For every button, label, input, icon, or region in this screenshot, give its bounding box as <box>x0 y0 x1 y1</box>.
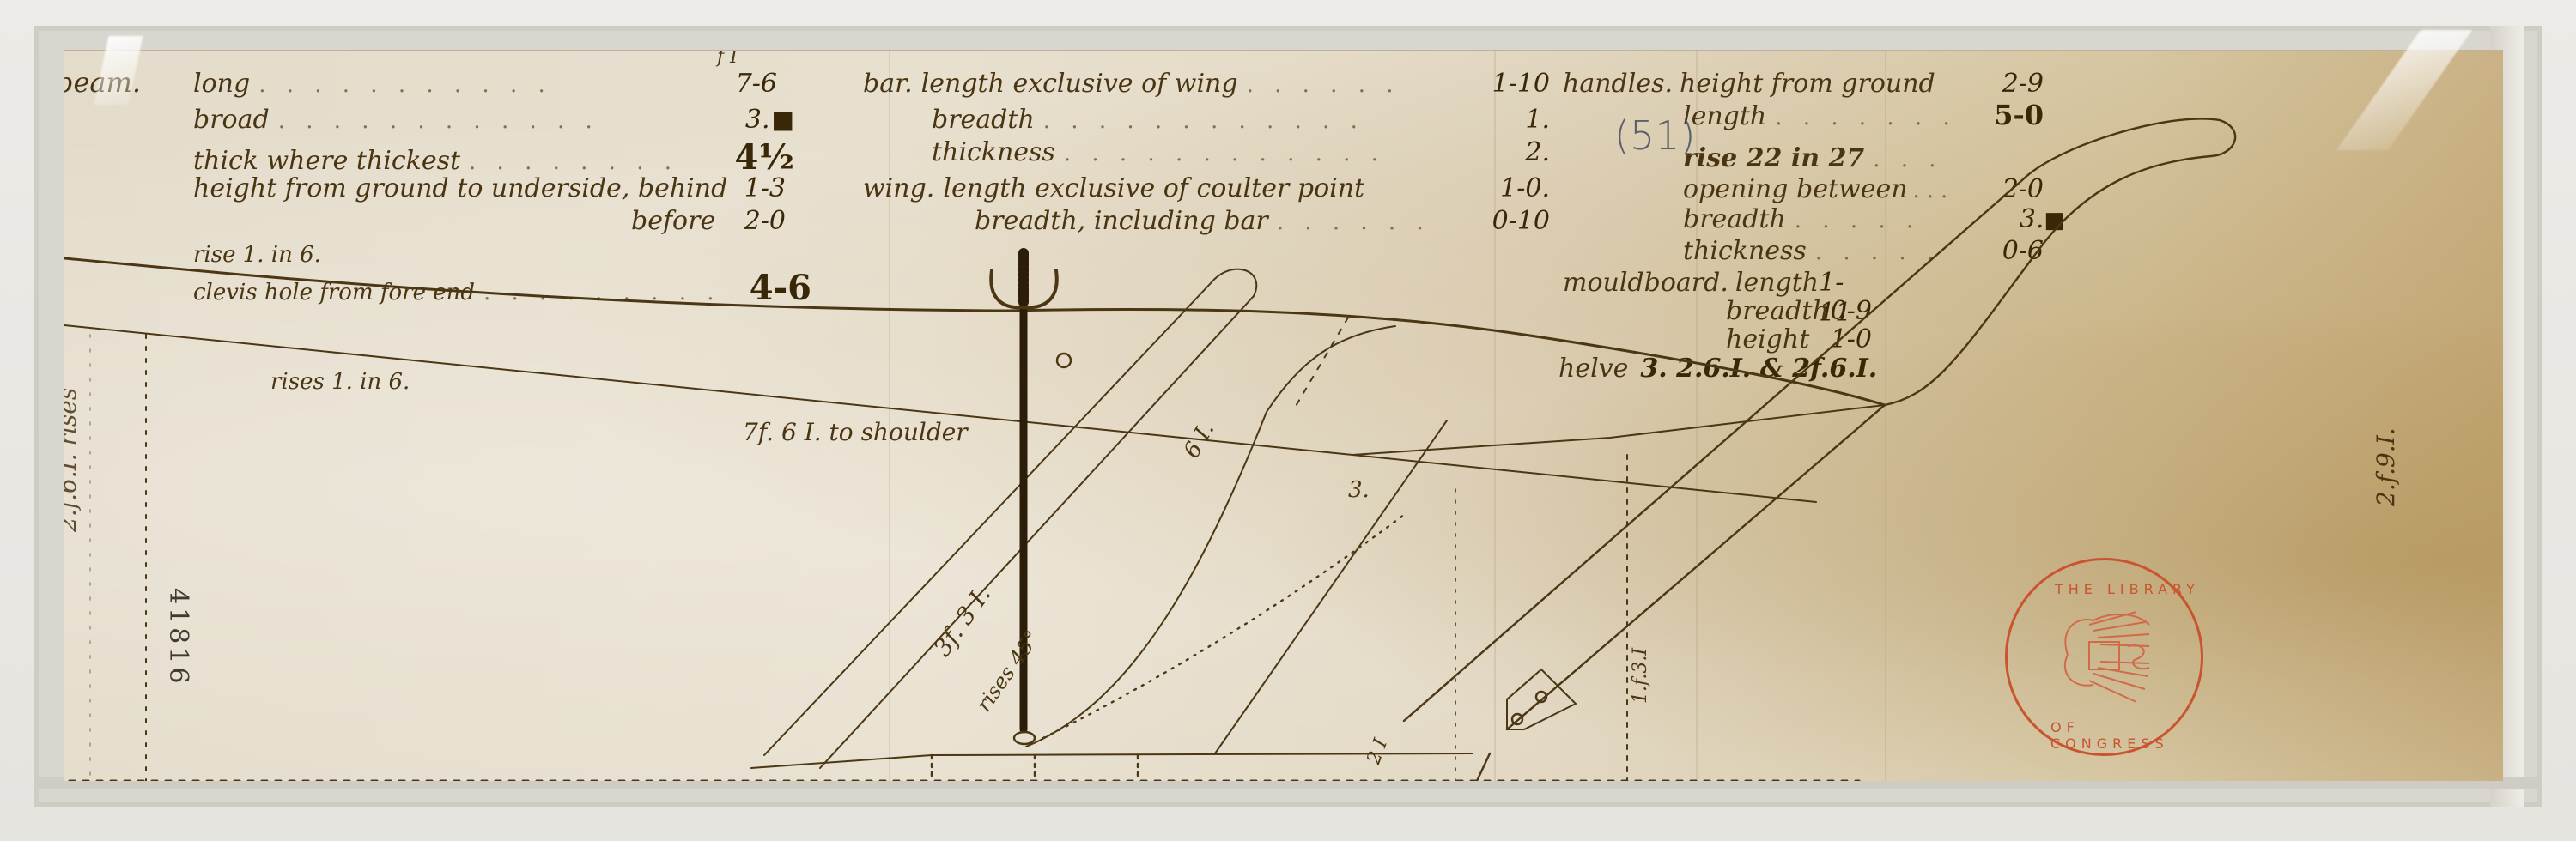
label-left-vertical: 2.f.6.I. rises <box>64 388 80 532</box>
stamp-text-bottom: OF CONGRESS <box>2050 719 2201 752</box>
catalog-number: 41816 <box>163 588 193 687</box>
label-small-mark: 3. <box>1348 479 1370 501</box>
label-vertical-mark: 1.f.3.I <box>1631 648 1650 704</box>
library-of-congress-stamp: THE LIBRARY OF CONGRESS <box>2005 558 2203 756</box>
manuscript-paper: f I beam. long . . . . . . . . . . . 7-6… <box>64 50 2503 781</box>
label-beam-rise: rises 1. in 6. <box>270 371 410 393</box>
label-right-vertical: 2.f.9.I. <box>2374 427 2398 506</box>
label-to-shoulder: 7f. 6 I. to shoulder <box>743 420 968 445</box>
